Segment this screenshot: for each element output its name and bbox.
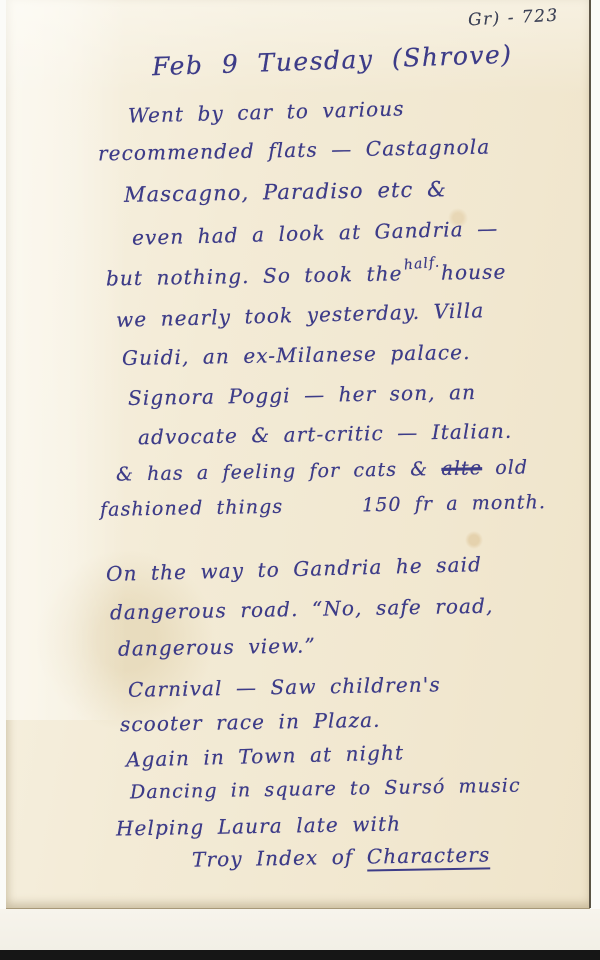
manuscript-line: Mascagno, Paradiso etc & <box>124 177 447 207</box>
handwriting-segment: On the way to Gandria he said <box>106 552 483 586</box>
handwriting-segment: Carnival — Saw children's <box>128 672 441 701</box>
struck-word: alte <box>441 457 482 480</box>
handwriting-segment: fashioned things 150 fr a month. <box>100 491 546 521</box>
handwriting-segment: Mascagno, Paradiso etc & <box>124 177 447 207</box>
handwriting-segment: recommended flats — Castagnola <box>98 135 491 166</box>
manuscript-line: Again in Town at night <box>126 740 405 771</box>
manuscript-text-layer: Gr) - 723 Feb 9 Tuesday (Shrove) Went by… <box>0 0 600 908</box>
handwriting-segment: dangerous view.” <box>118 633 316 660</box>
handwriting-segment: dangerous road. “No, safe road, <box>110 594 494 625</box>
manuscript-line: advocate & art-critic — Italian. <box>138 419 513 450</box>
interlinear-insertion: half. <box>403 254 441 273</box>
manuscript-line: Helping Laura late with <box>116 812 402 841</box>
manuscript-line: even had a look at Gandria — <box>132 216 499 250</box>
manuscript-line: & has a feeling for cats & alte old <box>116 456 529 485</box>
handwriting-segment: Troy Index of <box>192 845 367 872</box>
handwriting-segment: even had a look at Gandria — <box>132 216 499 250</box>
handwriting-segment: advocate & art-critic — Italian. <box>138 419 513 450</box>
manuscript-line: Went by car to various <box>128 96 405 127</box>
handwriting-segment: & has a feeling for cats & <box>116 458 442 486</box>
scan-black-band <box>0 950 600 960</box>
handwriting-segment: Signora Poggi — her son, an <box>128 380 476 410</box>
handwriting-segment: we nearly took yesterday. Villa <box>116 298 485 332</box>
manuscript-line: recommended flats — Castagnola <box>98 135 491 166</box>
manuscript-line: dangerous road. “No, safe road, <box>110 594 494 625</box>
manuscript-line: Signora Poggi — her son, an <box>128 380 476 410</box>
catalog-number: Gr) - 723 <box>468 6 560 31</box>
manuscript-line: Guidi, an ex-Milanese palace. <box>122 340 471 370</box>
handwriting-segment: Again in Town at night <box>126 740 405 771</box>
handwriting-segment: old <box>482 456 529 479</box>
handwriting-segment: Guidi, an ex-Milanese palace. <box>122 340 471 370</box>
manuscript-line: fashioned things 150 fr a month. <box>100 491 546 521</box>
manuscript-line: Troy Index of Characters <box>192 842 491 871</box>
scanner-bed-strip <box>0 909 600 950</box>
handwriting-segment: but nothing. So took the <box>106 261 403 290</box>
handwriting-segment: Helping Laura late with <box>116 812 402 841</box>
manuscript-line: Carnival — Saw children's <box>128 672 441 701</box>
scanned-page-photo: { "document": { "catalog_number": "Gr) -… <box>0 0 600 960</box>
manuscript-line: we nearly took yesterday. Villa <box>116 298 485 332</box>
manuscript-line: but nothing. So took thehalf.house <box>106 260 507 291</box>
handwriting-segment: house <box>441 260 507 285</box>
handwriting-segment: Went by car to various <box>128 96 405 127</box>
entry-date-heading: Feb 9 Tuesday (Shrove) <box>152 40 513 82</box>
handwriting-segment: Dancing in square to Sursó music <box>130 775 521 804</box>
manuscript-line: On the way to Gandria he said <box>106 552 483 586</box>
manuscript-line: dangerous view.” <box>118 633 316 660</box>
manuscript-line: scooter race in Plaza. <box>120 708 381 737</box>
underlined-word: Characters <box>367 842 491 871</box>
manuscript-line: Dancing in square to Sursó music <box>130 775 521 804</box>
handwriting-segment: scooter race in Plaza. <box>120 708 381 737</box>
